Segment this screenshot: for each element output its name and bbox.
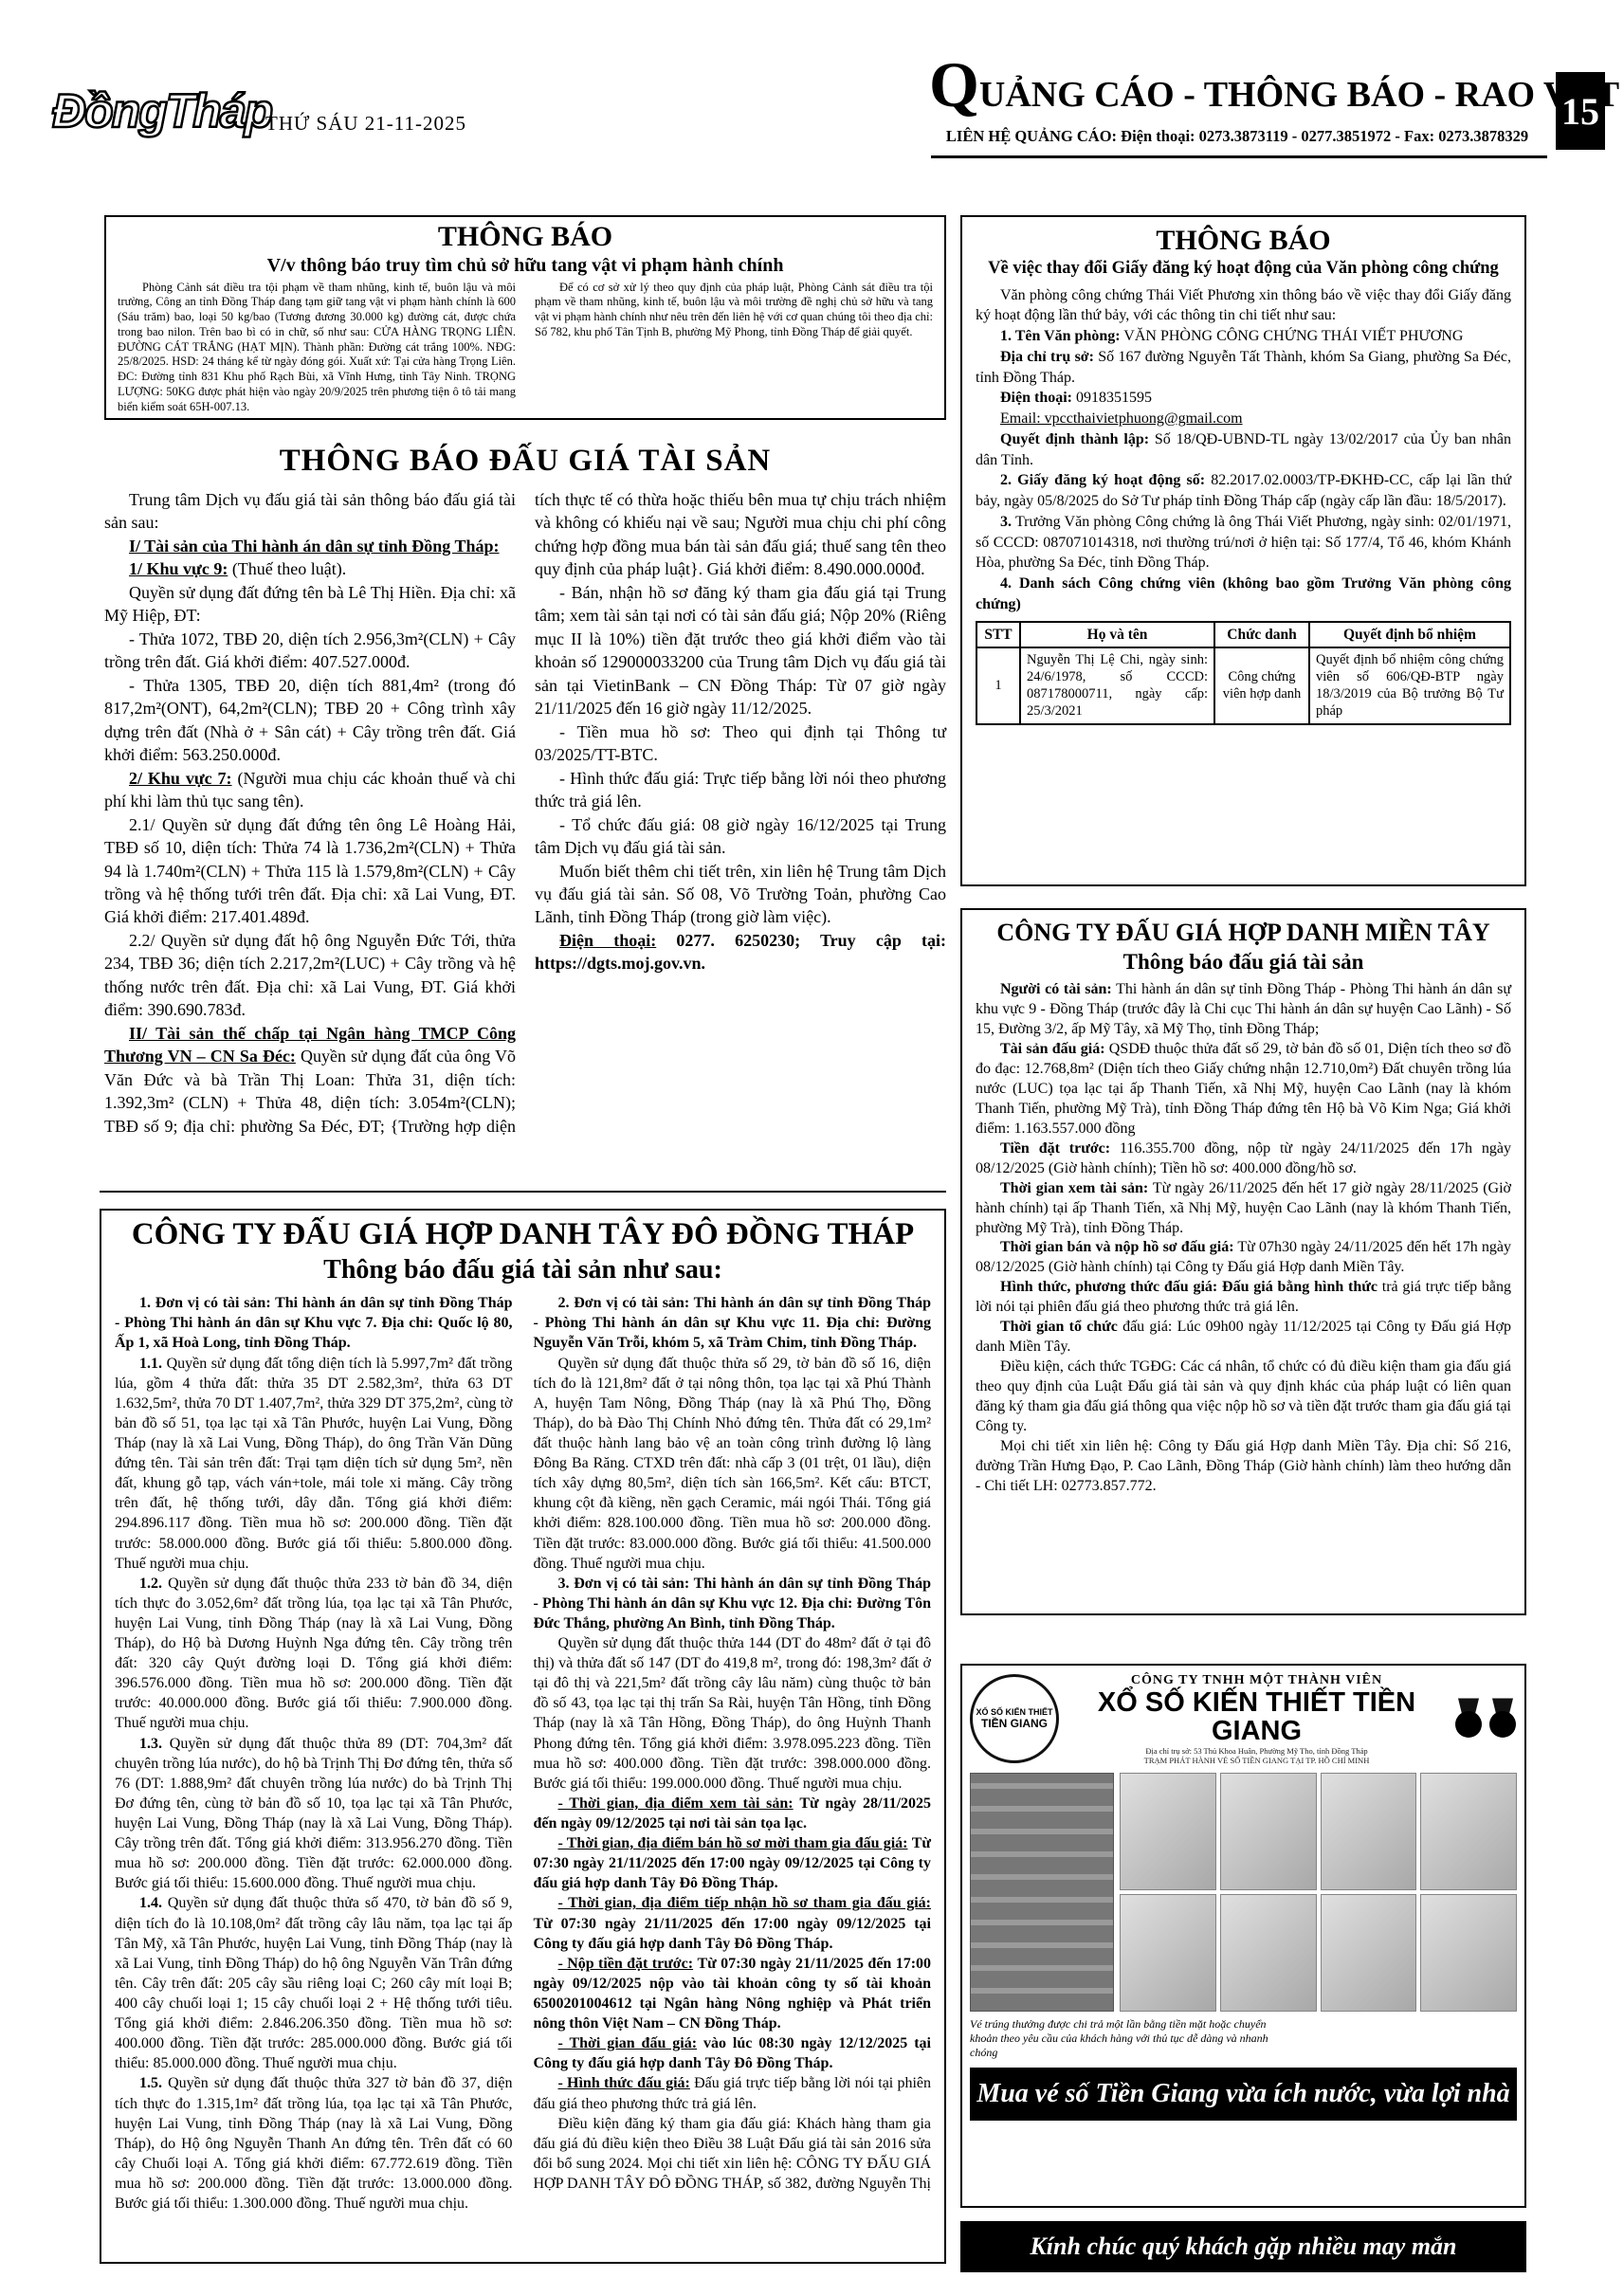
item-label: - Thời gian, địa điểm bán hồ sơ mời tham…: [558, 1835, 908, 1851]
paragraph: - Tổ chức đấu giá: 08 giờ ngày 16/12/202…: [535, 813, 946, 860]
medal-icon: [1454, 1698, 1483, 1740]
notice-subtitle: Về việc thay đổi Giấy đăng ký hoạt động …: [976, 258, 1511, 280]
item-text: Quyền sử dụng đất thuộc thửa 233 tờ bản …: [115, 1576, 513, 1732]
paragraph: Quyền sử dụng đất đứng tên bà Lê Thị Hiề…: [104, 581, 516, 628]
item-text: Quyền sử dụng đất thuộc thửa 327 tờ bản …: [115, 2075, 513, 2212]
item-text: - Thửa 1072, TBĐ 20, diện tích 2.956,3m²…: [104, 629, 516, 671]
paragraph: 2/ Khu vực 7: (Người mua chịu các khoản …: [104, 767, 516, 813]
item-label: Quyết định thành lập:: [1000, 431, 1149, 447]
item-label: Người có tài sản:: [1000, 981, 1112, 997]
paragraph: Người có tài sản: Thi hành án dân sự tỉn…: [976, 980, 1511, 1040]
section-divider: [100, 1191, 946, 1193]
section-masthead: QUẢNG CÁO - THÔNG BÁO - RAO VẶT: [929, 47, 1545, 122]
medal-icon: [1488, 1698, 1517, 1740]
paragraph: 1.4. Quyền sử dụng đất thuộc thửa số 470…: [115, 1893, 513, 2073]
lottery-ticket: [1420, 1894, 1517, 2012]
notice-notary-box: THÔNG BÁO Về việc thay đổi Giấy đăng ký …: [960, 215, 1526, 886]
paragraph: - Thời gian, địa điểm bán hồ sơ mời tham…: [534, 1833, 932, 1893]
lottery-ticket: [1420, 1773, 1517, 1890]
lottery-ad-box: XỔ SỐ KIẾN THIẾT TIỀN GIANG CÔNG TY TNHH…: [960, 1664, 1526, 2208]
item-label: 2/ Khu vực 7:: [129, 769, 232, 788]
good-luck-bar: Kính chúc quý khách gặp nhiều may mắn: [960, 2221, 1526, 2272]
column-header: Họ và tên: [1020, 622, 1214, 647]
notice-body: Phòng Cảnh sát điều tra tội phạm về tham…: [118, 281, 933, 419]
paragraph: - Bán, nhận hồ sơ đăng ký tham gia đấu g…: [535, 581, 946, 720]
paragraph: - Thời gian đấu giá: vào lúc 08:30 ngày …: [534, 2033, 932, 2073]
paragraph: - Thửa 1072, TBĐ 20, diện tích 2.956,3m²…: [104, 628, 516, 674]
item-text: - Bán, nhận hồ sơ đăng ký tham gia đấu g…: [535, 583, 946, 718]
paragraph: - Thời gian, địa điểm tiếp nhận hồ sơ th…: [534, 1893, 932, 1953]
item-text: - Thửa 1305, TBĐ 20, diện tích 881,4m² (…: [104, 676, 516, 764]
paragraph: Tài sản đấu giá: QSDĐ thuộc thửa đất số …: [976, 1040, 1511, 1139]
paragraph: Để có cơ sở xử lý theo quy định của pháp…: [535, 281, 933, 340]
paragraph: Văn phòng công chứng Thái Viết Phương xi…: [976, 285, 1511, 327]
section-body: Người có tài sản: Thi hành án dân sự tỉn…: [976, 980, 1511, 1497]
logo-text-bottom: TIỀN GIANG: [981, 1717, 1048, 1730]
item-text: VĂN PHÒNG CÔNG CHỨNG THÁI VIẾT PHƯƠNG: [1123, 328, 1463, 344]
item-label: 3.: [1000, 514, 1012, 530]
item-text: Quyền sử dụng đất thuộc thửa 89 (DT: 704…: [115, 1736, 513, 1892]
paragraph: 2. Đơn vị có tài sản: Thi hành án dân sự…: [534, 1293, 932, 1353]
building-photo: [970, 1773, 1114, 2012]
lottery-ticket: [1220, 1773, 1317, 1890]
item-label: 1.5.: [139, 2075, 162, 2091]
auction-center-notice: THÔNG BÁO ĐẤU GIÁ TÀI SẢN Trung tâm Dịch…: [104, 444, 946, 1181]
table-cell: Nguyễn Thị Lệ Chi, ngày sinh: 24/6/1978,…: [1020, 647, 1214, 724]
item-text: Trưởng Văn phòng Công chứng là ông Thái …: [976, 514, 1511, 572]
notice-title: THÔNG BÁO: [118, 221, 933, 254]
item-text: 2.2/ Quyền sử dụng đất hộ ông Nguyễn Đức…: [104, 931, 516, 1019]
item-label: 1.4.: [139, 1895, 162, 1911]
lottery-ticket: [1321, 1894, 1417, 2012]
item-text: Muốn biết thêm chi tiết trên, xin liên h…: [535, 862, 946, 927]
table-cell: 1: [976, 647, 1020, 724]
company-subtitle: Thông báo đấu giá tài sản: [976, 949, 1511, 975]
item-label: - Thời gian đấu giá:: [558, 2035, 698, 2051]
lottery-ticket: [1321, 1773, 1417, 1890]
notice-body: Văn phòng công chứng Thái Viết Phương xi…: [976, 285, 1511, 725]
paragraph: 1. Đơn vị có tài sản: Thi hành án dân sự…: [115, 1293, 513, 1353]
notary-table: STT Họ và tên Chức danh Quyết định bổ nh…: [976, 621, 1511, 725]
paragraph: - Hình thức đấu giá: Đấu giá trực tiếp b…: [534, 2073, 932, 2113]
item-label: Điện thoại:: [559, 931, 656, 950]
item-label: 2. Giấy đăng ký hoạt động số:: [1000, 472, 1205, 488]
item-label: I/ Tài sản của Thi hành án dân sự tỉnh Đ…: [129, 537, 500, 556]
item-label: 3. Đơn vị có tài sản: Thi hành án dân sự…: [534, 1576, 932, 1631]
paragraph: Điện thoại: 0918351595: [976, 388, 1511, 409]
paragraph: 2. Giấy đăng ký hoạt động số: 82.2017.02…: [976, 470, 1511, 512]
paragraph: 1/ Khu vực 9: (Thuế theo luật).: [104, 557, 516, 580]
item-text: - Hình thức đấu giá: Trực tiếp bằng lời …: [535, 769, 946, 811]
paragraph: I/ Tài sản của Thi hành án dân sự tỉnh Đ…: [104, 535, 516, 557]
section-body: Trung tâm Dịch vụ đấu giá tài sản thông …: [104, 488, 946, 1157]
paragraph: 3. Đơn vị có tài sản: Thi hành án dân sự…: [534, 1574, 932, 1633]
section-title: THÔNG BÁO ĐẤU GIÁ TÀI SẢN: [104, 444, 946, 479]
paragraph: Điện thoại: 0277. 6250230; Truy cập tại:…: [535, 929, 946, 975]
paragraph: 1.1. Quyền sử dụng đất tổng diện tích là…: [115, 1354, 513, 1574]
header-rule: [931, 155, 1547, 158]
table-cell: Công chứng viên hợp danh: [1214, 647, 1309, 724]
company-title: CÔNG TY ĐẤU GIÁ HỢP DANH MIỀN TÂY: [976, 918, 1511, 949]
lottery-ticket: [1120, 1773, 1216, 1890]
item-text: Quyền sử dụng đất thuộc thửa số 29, tờ b…: [534, 1356, 932, 1572]
paragraph: Thời gian tổ chức đấu giá: Lúc 09h00 ngà…: [976, 1318, 1511, 1358]
column-header: Chức danh: [1214, 622, 1309, 647]
table-row: 1 Nguyễn Thị Lệ Chi, ngày sinh: 24/6/197…: [976, 647, 1510, 724]
advertising-contact-line: LIÊN HỆ QUẢNG CÁO: Điện thoại: 0273.3873…: [929, 127, 1545, 146]
paragraph: Quyền sử dụng đất thuộc thửa 144 (DT đo …: [534, 1633, 932, 1794]
taydo-auction-box: CÔNG TY ĐẤU GIÁ HỢP DANH TÂY ĐÔ ĐỒNG THÁ…: [100, 1209, 946, 2264]
paragraph: Quyền sử dụng đất thuộc thửa số 29, tờ b…: [534, 1354, 932, 1574]
item-label: Điện thoại:: [1000, 390, 1072, 406]
item-text: 0918351595: [1076, 390, 1152, 406]
paragraph: Thời gian bán và nộp hồ sơ đấu giá: Từ 0…: [976, 1238, 1511, 1278]
payout-caption: Vé trúng thưởng được chi trả một lần bằn…: [970, 2017, 1273, 2060]
table-cell: Quyết định bổ nhiệm công chứng viên số 6…: [1309, 647, 1510, 724]
paragraph: 4. Danh sách Công chứng viên (không bao …: [976, 574, 1511, 615]
company-branch-smallprint: TRẠM PHÁT HÀNH VÉ SỐ TIỀN GIANG TẠI TP. …: [1067, 1756, 1447, 1765]
item-label: Hình thức, phương thức đấu giá: Đấu giá …: [1000, 1279, 1378, 1295]
medal-icons: [1454, 1698, 1517, 1740]
item-text: - Tiền mua hồ sơ: Theo qui định tại Thôn…: [535, 722, 946, 764]
item-text: - Tổ chức đấu giá: 08 giờ ngày 16/12/202…: [535, 815, 946, 857]
item-text: Mọi chi tiết xin liên hệ: Công ty Đấu gi…: [976, 1438, 1511, 1494]
paragraph: Phòng Cảnh sát điều tra tội phạm về tham…: [118, 281, 516, 415]
paragraph: Trung tâm Dịch vụ đấu giá tài sản thông …: [104, 488, 516, 535]
item-label: 1.2.: [139, 1576, 162, 1592]
paragraph: Tiền đặt trước: 116.355.700 đồng, nộp từ…: [976, 1139, 1511, 1179]
item-label: Thời gian xem tài sản:: [1000, 1180, 1148, 1196]
company-title: CÔNG TY ĐẤU GIÁ HỢP DANH TÂY ĐÔ ĐỒNG THÁ…: [115, 1216, 931, 1254]
notice-title: THÔNG BÁO: [976, 225, 1511, 258]
company-address-smallprint: Địa chỉ trụ sở: 53 Thủ Khoa Huân, Phường…: [1067, 1746, 1447, 1756]
paragraph: - Nộp tiền đặt trước: Từ 07:30 ngày 21/1…: [534, 1954, 932, 2033]
item-label: Địa chỉ trụ sở:: [1000, 349, 1094, 365]
lottery-images: [970, 1773, 1517, 2012]
item-text: Từ 07:30 ngày 21/11/2025 đến 17:00 ngày …: [534, 1916, 932, 1952]
lottery-ticket: [1220, 1894, 1317, 2012]
item-text: Quyền sử dụng đất đứng tên bà Lê Thị Hiề…: [104, 583, 516, 625]
item-label: 1. Tên Văn phòng:: [1000, 328, 1121, 344]
paragraph: Muốn biết thêm chi tiết trên, xin liên h…: [535, 860, 946, 929]
item-text: Trung tâm Dịch vụ đấu giá tài sản thông …: [104, 490, 516, 532]
paragraph: 1.5. Quyền sử dụng đất thuộc thửa 327 tờ…: [115, 2073, 513, 2214]
company-name: XỔ SỐ KIẾN THIẾT TIỀN GIANG: [1067, 1688, 1447, 1746]
item-label: 1. Đơn vị có tài sản: Thi hành án dân sự…: [115, 1295, 513, 1351]
logo-text-top: XỔ SỐ KIẾN THIẾT: [976, 1707, 1052, 1717]
item-label: Thời gian tổ chức: [1000, 1319, 1118, 1335]
column-header: STT: [976, 622, 1020, 647]
lottery-company-block: CÔNG TY TNHH MỘT THÀNH VIÊN XỔ SỐ KIẾN T…: [1067, 1673, 1447, 1765]
item-label: - Thời gian, địa điểm tiếp nhận hồ sơ th…: [558, 1895, 932, 1911]
page-number: 15: [1556, 72, 1605, 150]
lottery-logo-icon: XỔ SỐ KIẾN THIẾT TIỀN GIANG: [970, 1674, 1059, 1763]
item-label: - Hình thức đấu giá:: [558, 2075, 690, 2091]
mientay-auction-box: CÔNG TY ĐẤU GIÁ HỢP DANH MIỀN TÂY Thông …: [960, 908, 1526, 1615]
notice-find-owner-box: THÔNG BÁO V/v thông báo truy tìm chủ sở …: [104, 215, 946, 420]
paragraph: Điều kiện, cách thức TGĐG: Các cá nhân, …: [976, 1358, 1511, 1437]
paragraph: 1. Tên Văn phòng: VĂN PHÒNG CÔNG CHỨNG T…: [976, 326, 1511, 347]
email-text: Email: vpccthaivietphuong@gmail.com: [1000, 410, 1243, 427]
item-text: Quyền sử dụng đất tổng diện tích là 5.99…: [115, 1356, 513, 1572]
item-label: Tiền đặt trước:: [1000, 1140, 1110, 1157]
paragraph: Email: vpccthaivietphuong@gmail.com: [976, 409, 1511, 429]
paragraph: - Thời gian, địa điểm xem tài sản: Từ ng…: [534, 1794, 932, 1833]
column-header: Quyết định bổ nhiệm: [1309, 622, 1510, 647]
item-label: - Nộp tiền đặt trước:: [558, 1956, 694, 1972]
paragraph: Thời gian xem tài sản: Từ ngày 26/11/202…: [976, 1179, 1511, 1239]
paragraph: 3. Trưởng Văn phòng Công chứng là ông Th…: [976, 512, 1511, 574]
paragraph: 1.3. Quyền sử dụng đất thuộc thửa 89 (DT…: [115, 1734, 513, 1894]
newspaper-logo: ĐồngTháp: [52, 83, 271, 138]
paragraph: 2.1/ Quyền sử dụng đất đứng tên ông Lê H…: [104, 813, 516, 929]
item-label: Thời gian bán và nộp hồ sơ đấu giá:: [1000, 1239, 1234, 1255]
paragraph: - Thửa 1305, TBĐ 20, diện tích 881,4m² (…: [104, 674, 516, 767]
paragraph: - Hình thức đấu giá: Trực tiếp bằng lời …: [535, 767, 946, 813]
notice-subtitle: V/v thông báo truy tìm chủ sở hữu tang v…: [118, 254, 933, 277]
lottery-ad-header: XỔ SỐ KIẾN THIẾT TIỀN GIANG CÔNG TY TNHH…: [970, 1673, 1517, 1765]
item-text: Quyền sử dụng đất thuộc thửa 144 (DT đo …: [534, 1635, 932, 1792]
slogan-bar: Mua vé số Tiền Giang vừa ích nước, vừa l…: [970, 2068, 1517, 2121]
issue-date: THỨ SÁU 21-11-2025: [265, 112, 466, 136]
item-label: 1.1.: [139, 1356, 162, 1372]
paragraph: 2.2/ Quyền sử dụng đất hộ ông Nguyễn Đức…: [104, 929, 516, 1022]
paragraph: Hình thức, phương thức đấu giá: Đấu giá …: [976, 1278, 1511, 1318]
masthead-initial: Q: [929, 48, 979, 120]
paragraph: Quyết định thành lập: Số 18/QĐ-UBND-TL n…: [976, 429, 1511, 471]
item-text: Quyền sử dụng đất thuộc thửa số 470, tờ …: [115, 1895, 513, 2071]
item-label: 4. Danh sách Công chứng viên (không bao …: [976, 575, 1511, 612]
lottery-ticket: [1120, 1894, 1216, 2012]
item-label: - Thời gian, địa điểm xem tài sản:: [558, 1795, 794, 1812]
paragraph: 1.2. Quyền sử dụng đất thuộc thửa 233 tờ…: [115, 1574, 513, 1734]
item-text: 2.1/ Quyền sử dụng đất đứng tên ông Lê H…: [104, 815, 516, 927]
masthead-rest: UẢNG CÁO - THÔNG BÁO - RAO VẶT: [979, 75, 1619, 115]
company-type: CÔNG TY TNHH MỘT THÀNH VIÊN: [1067, 1673, 1447, 1688]
paragraph: Địa chỉ trụ sở: Số 167 đường Nguyễn Tất …: [976, 347, 1511, 389]
item-label: Tài sản đấu giá:: [1000, 1041, 1105, 1057]
item-text: Điều kiện, cách thức TGĐG: Các cá nhân, …: [976, 1358, 1511, 1434]
lottery-tickets-image: [1120, 1773, 1517, 2012]
paragraph: - Tiền mua hồ sơ: Theo qui định tại Thôn…: [535, 720, 946, 767]
item-label: 1.3.: [139, 1736, 162, 1752]
item-label: 2. Đơn vị có tài sản: Thi hành án dân sự…: [534, 1295, 932, 1351]
item-label: 1/ Khu vực 9:: [129, 559, 228, 578]
company-subtitle: Thông báo đấu giá tài sản như sau:: [115, 1254, 931, 1286]
item-text: (Thuế theo luật).: [232, 559, 346, 578]
section-body: 1. Đơn vị có tài sản: Thi hành án dân sự…: [115, 1293, 931, 2227]
paragraph: Mọi chi tiết xin liên hệ: Công ty Đấu gi…: [976, 1437, 1511, 1497]
